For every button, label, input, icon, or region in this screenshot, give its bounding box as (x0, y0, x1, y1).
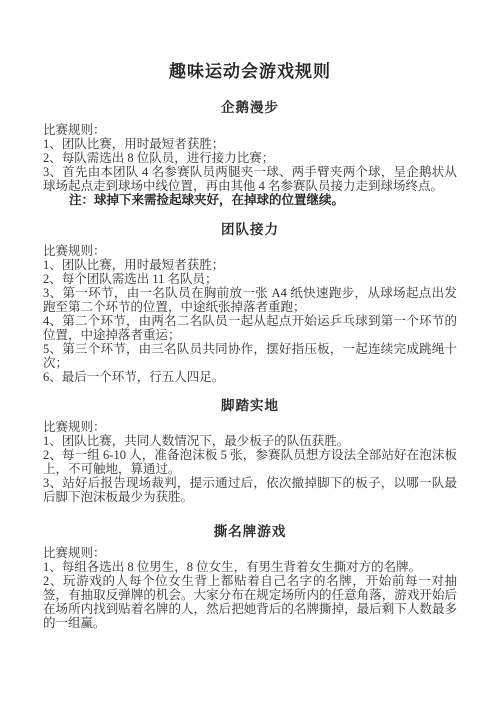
rules-label: 比赛规则： (43, 123, 457, 137)
rule-item: 5、第三个环节，由三名队员共同协作，摆好指压板，一起连续完成跳绳十次； (43, 342, 457, 370)
rule-item: 3、首先由本团队 4 名参赛队员两腿夹一球、两手臂夹两个球，呈企鹅状从球场起点走… (43, 165, 457, 193)
section-feet-on-ground: 脚踏实地 比赛规则： 1、团队比赛，共同人数情况下，最少板子的队伍获胜。 2、每… (43, 398, 457, 504)
section-name-tag-game: 撕名牌游戏 比赛规则： 1、每组各选出 8 位男生，8 位女生，有男生背着女生撕… (43, 524, 457, 630)
rule-item: 2、每队需选出 8 位队员，进行接力比赛； (43, 151, 457, 165)
section-heading: 脚踏实地 (43, 398, 457, 413)
section-heading: 企鹅漫步 (43, 100, 457, 115)
rule-item: 3、第一环节，由一名队员在胸前放一张 A4 纸快速跑步，从球场起点出发跑至第二个… (43, 286, 457, 314)
rules-label: 比赛规则： (43, 420, 457, 434)
section-heading: 团队接力 (43, 222, 457, 237)
rules-label: 比赛规则： (43, 546, 457, 560)
rule-item: 3、站好后报告现场裁判，提示通过后，依次撤掉脚下的板子，以哪一队最后脚下泡沫板最… (43, 476, 457, 504)
rule-item: 1、团队比赛，用时最短者获胜； (43, 137, 457, 151)
rule-item: 1、团队比赛，共同人数情况下，最少板子的队伍获胜。 (43, 434, 457, 448)
rules-label: 比赛规则： (43, 244, 457, 258)
rule-item: 1、团队比赛，用时最短者获胜； (43, 258, 457, 272)
section-penguin-walk: 企鹅漫步 比赛规则： 1、团队比赛，用时最短者获胜； 2、每队需选出 8 位队员… (43, 100, 457, 207)
document-page: 趣味运动会游戏规则 企鹅漫步 比赛规则： 1、团队比赛，用时最短者获胜； 2、每… (0, 0, 500, 707)
section-team-relay: 团队接力 比赛规则： 1、团队比赛，用时最短者获胜； 2、每个团队需选出 11 … (43, 222, 457, 384)
rule-item: 4、第二个环节，由两名二名队员一起从起点开始运乒乓球到第一个环节的位置，中途掉落… (43, 314, 457, 342)
rule-item: 2、玩游戏的人每个位女生背上都贴着自己名字的名牌，开始前每一对抽签，有抽取反弹牌… (43, 574, 457, 630)
section-heading: 撕名牌游戏 (43, 524, 457, 539)
rule-item: 2、每个团队需选出 11 名队员； (43, 272, 457, 286)
note-line: 注：球掉下来需捡起球夹好，在掉球的位置继续。 (43, 193, 457, 207)
rule-item: 1、每组各选出 8 位男生，8 位女生，有男生背着女生撕对方的名牌。 (43, 560, 457, 574)
rule-item: 2、每一组 6-10 人，准备泡沫板 5 张，参赛队员想方设法全部站好在泡沫板上… (43, 448, 457, 476)
page-title: 趣味运动会游戏规则 (43, 62, 457, 82)
rule-item: 6、最后一个环节，行五人四足。 (43, 370, 457, 384)
